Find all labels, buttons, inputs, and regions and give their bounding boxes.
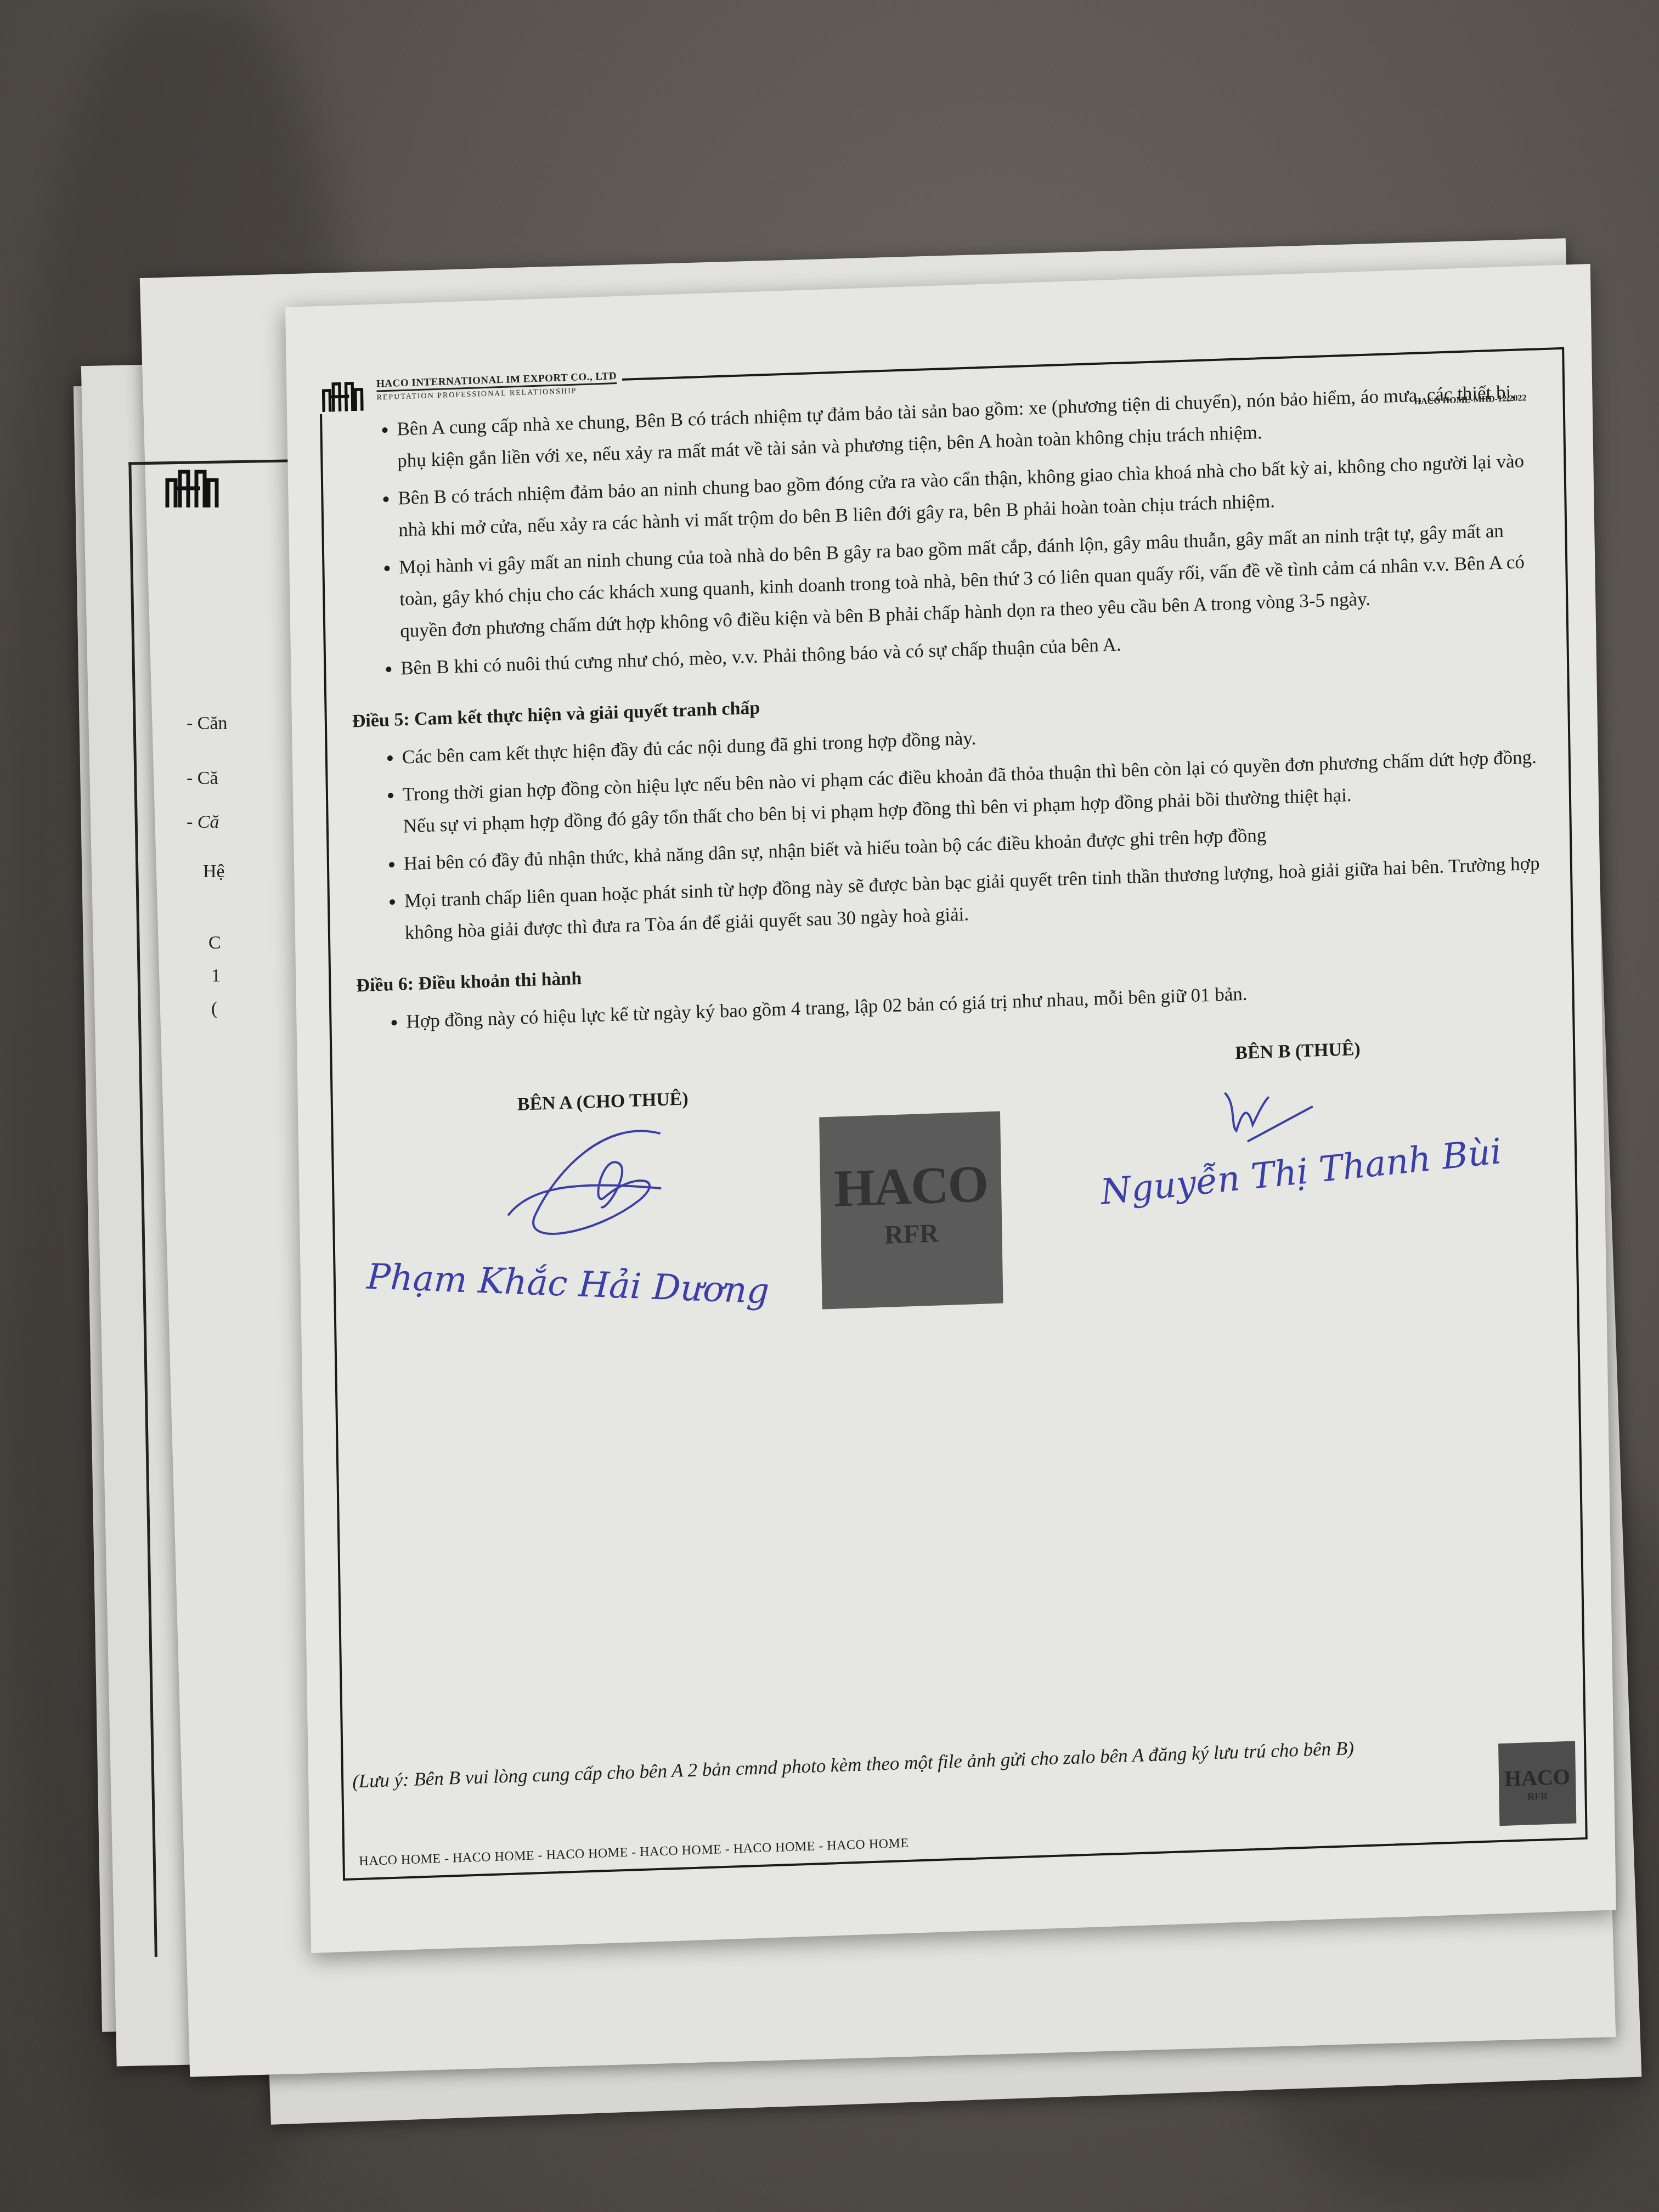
party-a-signature-icon (495, 1122, 684, 1254)
article-5-list: Các bên cam kết thực hiện đầy đủ các nội… (352, 703, 1551, 950)
intro-list: Bên A cung cấp nhà xe chung, Bên B có tr… (347, 375, 1547, 686)
party-b-label: BÊN B (THUÊ) (1235, 1034, 1361, 1070)
underlying-text-fragment: Hệ (203, 861, 225, 882)
party-b-handwritten-name: Nguyễn Thị Thanh Bùi (1099, 1136, 1503, 1209)
underlying-text-fragment: - Căn (187, 713, 228, 734)
underlying-text-fragment: ( (211, 998, 217, 1019)
underlying-text-fragment: C (208, 933, 221, 953)
underlying-text-fragment: - Că (187, 812, 219, 833)
company-stamp: HACO RFR (819, 1111, 1003, 1310)
underlying-text-fragment: 1 (211, 966, 221, 986)
contract-body: Bên A cung cấp nhà xe chung, Bên B có tr… (347, 375, 1558, 1396)
haco-logo-icon (318, 379, 371, 414)
party-a-label: BÊN A (CHO THUÊ) (517, 1083, 689, 1120)
contract-page: HACO INTERNATIONAL IM EXPORT CO., LTD RE… (285, 264, 1616, 1953)
signature-section: BÊN A (CHO THUÊ) BÊN B (THUÊ) HACO RFR P… (357, 1016, 1558, 1396)
footer-stamp: HACO RFR (1498, 1741, 1576, 1826)
underlying-logo (165, 466, 225, 510)
party-a-handwritten-name: Phạm Khắc Hải Dương (366, 1261, 770, 1307)
haco-logo-icon (165, 466, 225, 510)
underlying-text-fragment: - Că (187, 768, 218, 789)
party-b-initials-icon (1214, 1078, 1335, 1148)
